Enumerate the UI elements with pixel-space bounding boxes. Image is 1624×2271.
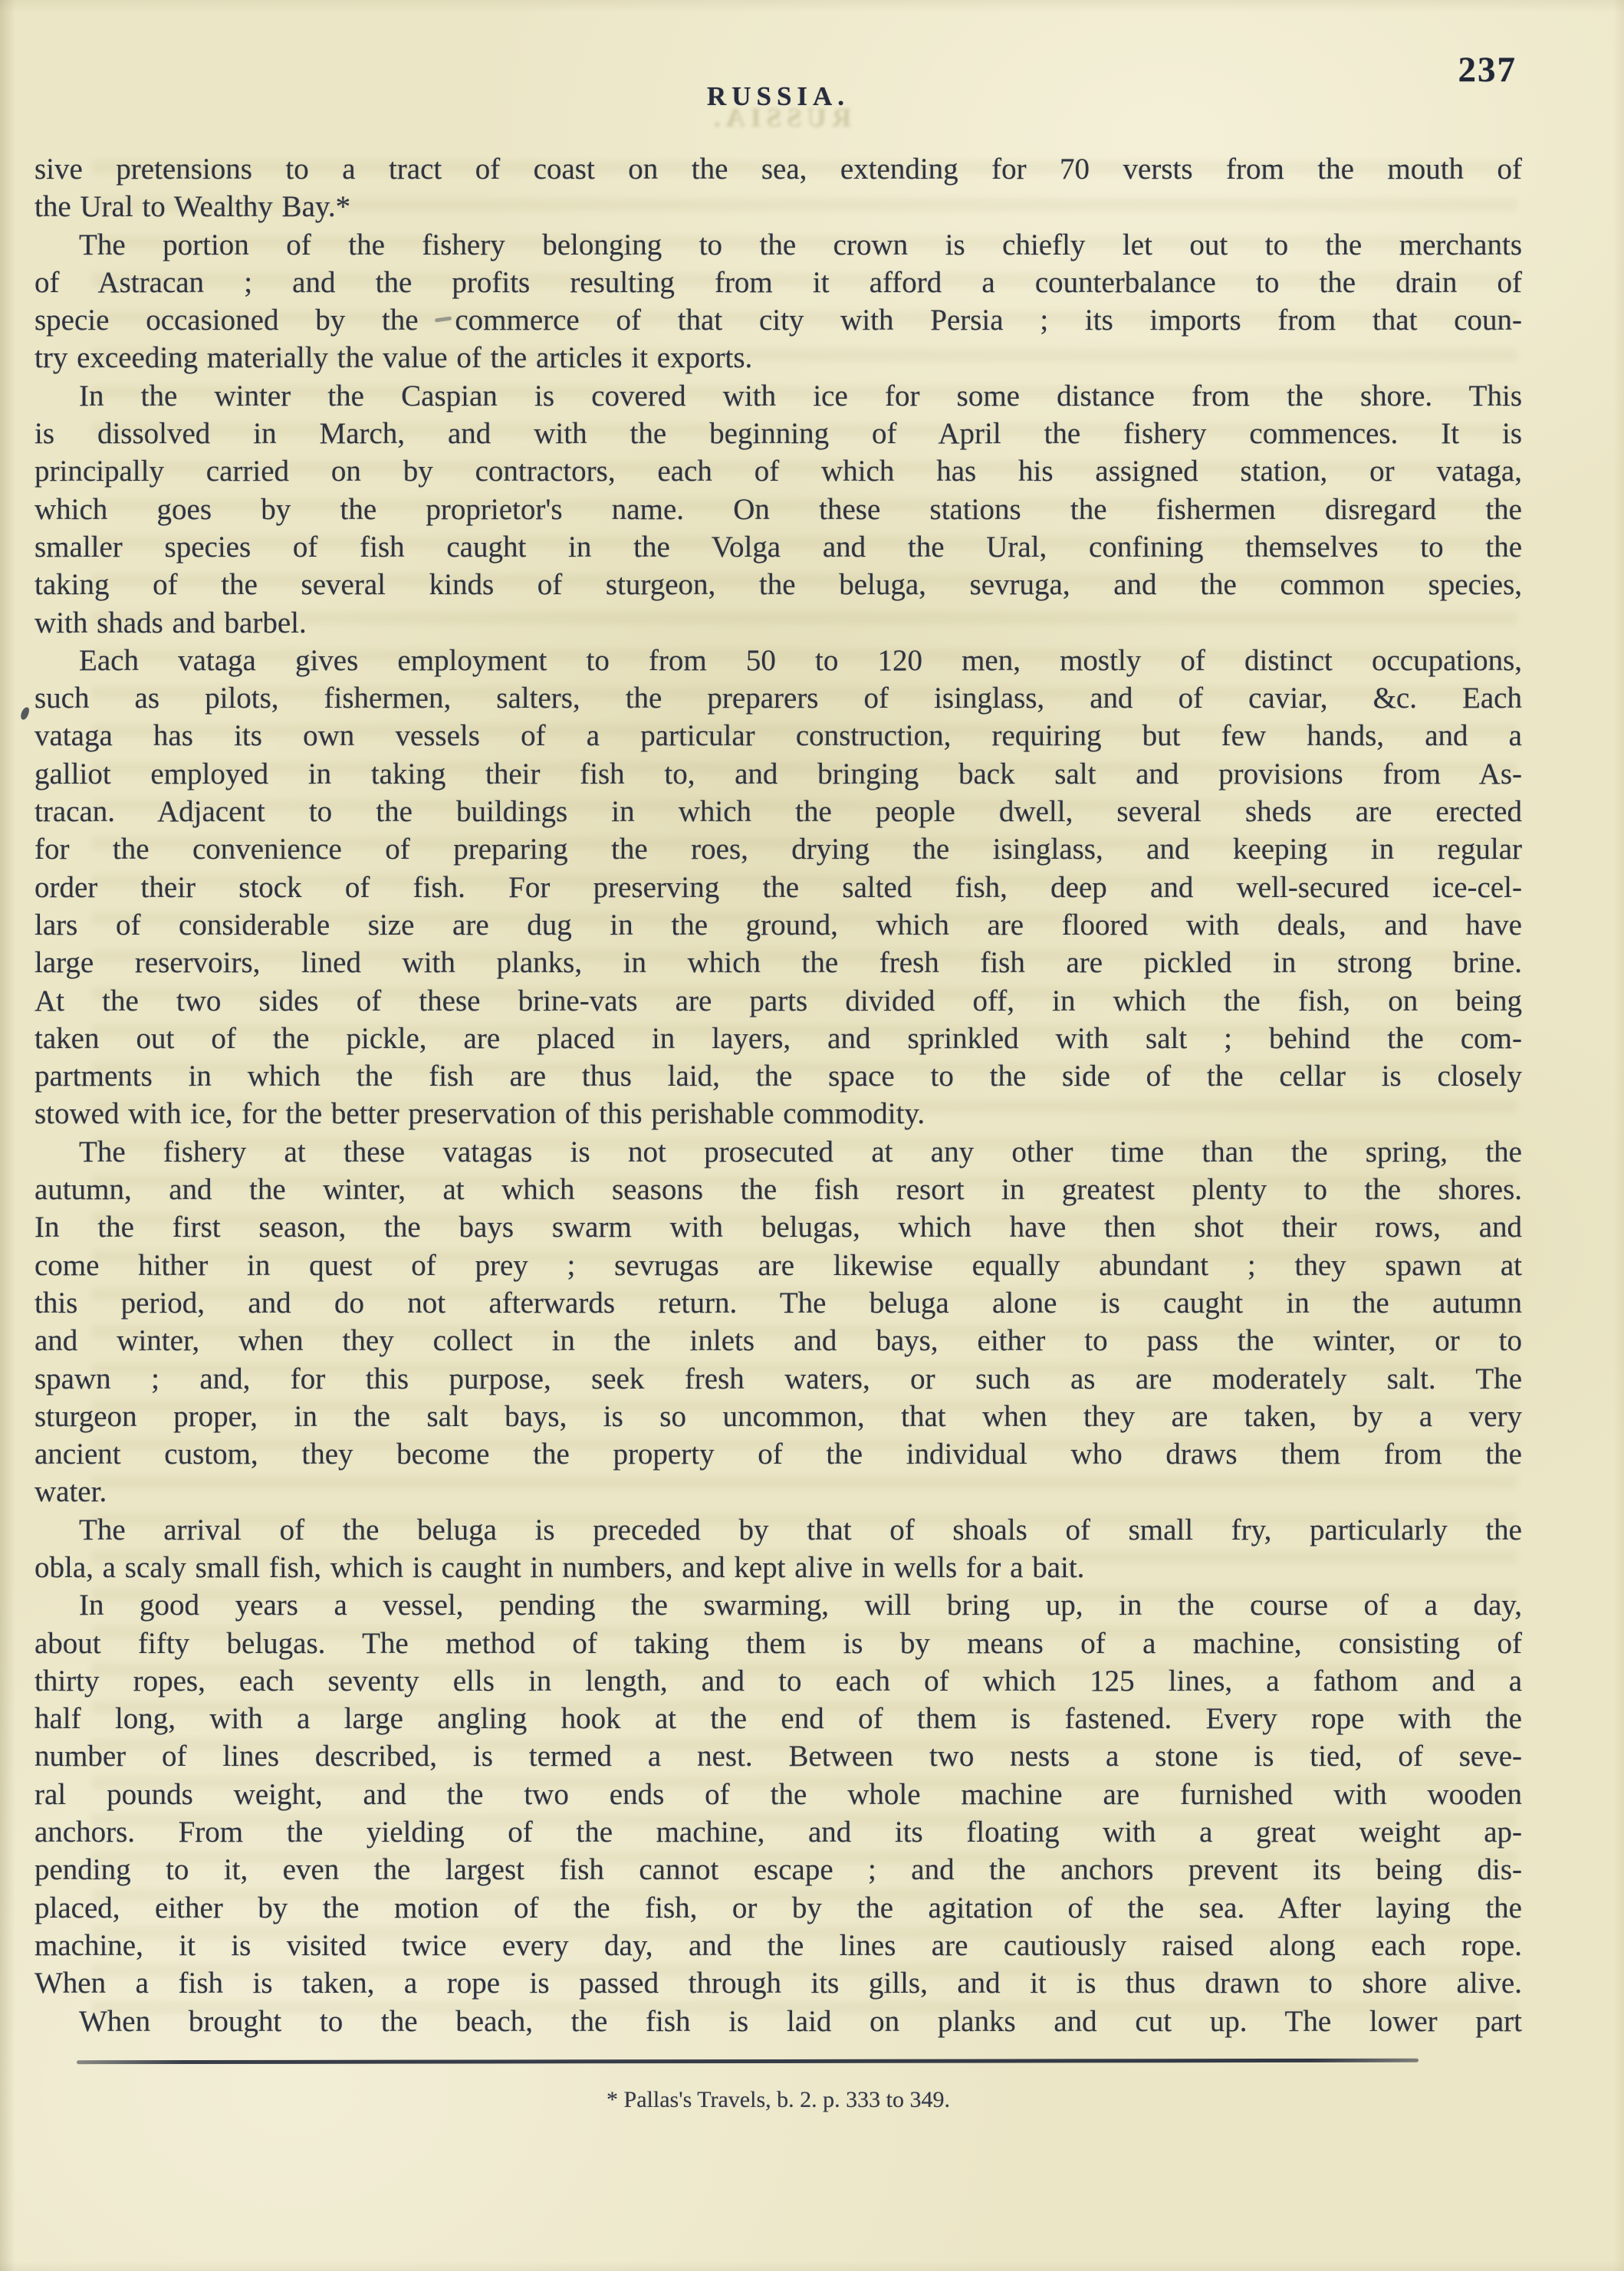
text-line: obla, a scaly small fish, which is caugh…	[35, 1549, 1522, 1586]
text-line: pending to it, even the largest fish can…	[35, 1851, 1522, 1888]
text-line: When brought to the beach, the fish is l…	[35, 2003, 1522, 2040]
footnote: * Pallas's Travels, b. 2. p. 333 to 349.	[35, 2087, 1522, 2113]
text-line: for the convenience of preparing the roe…	[35, 830, 1522, 868]
text-line: placed, either by the motion of the fish…	[35, 1889, 1522, 1927]
text-line: large reservoirs, lined with planks, in …	[35, 944, 1522, 981]
text-line: and winter, when they collect in the inl…	[35, 1322, 1522, 1359]
text-line: sive pretensions to a tract of coast on …	[35, 150, 1522, 188]
text-line: The fishery at these vatagas is not pros…	[35, 1133, 1522, 1171]
text-line: anchors. From the yielding of the machin…	[35, 1813, 1522, 1851]
text-line: the Ural to Wealthy Bay.*	[35, 188, 1522, 225]
text-line: taking of the several kinds of sturgeon,…	[35, 566, 1522, 603]
text-line: thirty ropes, each seventy ells in lengt…	[35, 1662, 1522, 1700]
text-line: partments in which the fish are thus lai…	[35, 1057, 1522, 1095]
text-line: In the first season, the bays swarm with…	[35, 1208, 1522, 1246]
text-line: At the two sides of these brine-vats are…	[35, 982, 1522, 1020]
text-line: half long, with a large angling hook at …	[35, 1700, 1522, 1737]
text-line: this period, and do not afterwards retur…	[35, 1284, 1522, 1322]
text-line: is dissolved in March, and with the begi…	[35, 415, 1522, 452]
text-line: water.	[35, 1473, 1522, 1510]
text-line: machine, it is visited twice every day, …	[35, 1927, 1522, 1964]
text-line: ral pounds weight, and the two ends of t…	[35, 1776, 1522, 1813]
text-line: about fifty belugas. The method of takin…	[35, 1625, 1522, 1662]
text-line: number of lines described, is termed a n…	[35, 1737, 1522, 1775]
text-line: sturgeon proper, in the salt bays, is so…	[35, 1398, 1522, 1435]
text-line: The portion of the fishery belonging to …	[35, 226, 1522, 264]
text-line: tracan. Adjacent to the buildings in whi…	[35, 793, 1522, 830]
text-line: specie occasioned by the commerce of tha…	[35, 301, 1522, 339]
book-page: RUSSIA. RUSSIA. 237 sive pretensions to …	[0, 0, 1624, 2271]
text-line: In the winter the Caspian is covered wit…	[35, 377, 1522, 415]
text-line: galliot employed in taking their fish to…	[35, 755, 1522, 793]
text-line: smaller species of fish caught in the Vo…	[35, 528, 1522, 566]
running-title: RUSSIA. RUSSIA.	[707, 81, 850, 112]
text-line: lars of considerable size are dug in the…	[35, 906, 1522, 944]
text-line: try exceeding materially the value of th…	[35, 339, 1522, 376]
text-line: of Astracan ; and the profits resulting …	[35, 264, 1522, 301]
page-body: sive pretensions to a tract of coast on …	[35, 150, 1522, 2040]
text-line: stowed with ice, for the better preserva…	[35, 1095, 1522, 1132]
text-line: Each vataga gives employment to from 50 …	[35, 642, 1522, 679]
text-line: The arrival of the beluga is preceded by…	[35, 1511, 1522, 1549]
text-line: order their stock of fish. For preservin…	[35, 869, 1522, 906]
text-line: principally carried on by contractors, e…	[35, 452, 1522, 490]
running-header: RUSSIA. RUSSIA.	[35, 81, 1522, 112]
text-line: autumn, and the winter, at which seasons…	[35, 1171, 1522, 1208]
text-line: When a fish is taken, a rope is passed t…	[35, 1964, 1522, 2002]
text-line: which goes by the proprietor's name. On …	[35, 491, 1522, 528]
footnote-rule	[77, 2059, 1419, 2064]
text-line: with shads and barbel.	[35, 604, 1522, 642]
text-line: In good years a vessel, pending the swar…	[35, 1586, 1522, 1624]
text-line: vataga has its own vessels of a particul…	[35, 717, 1522, 754]
ink-speck	[20, 706, 31, 721]
running-title-showthrough: RUSSIA.	[708, 103, 851, 133]
text-line: ancient custom, they become the property…	[35, 1435, 1522, 1473]
text-line: come hither in quest of prey ; sevrugas …	[35, 1247, 1522, 1284]
text-line: taken out of the pickle, are placed in l…	[35, 1020, 1522, 1057]
text-line: such as pilots, fishermen, salters, the …	[35, 679, 1522, 717]
page-number: 237	[1458, 49, 1517, 90]
text-line: spawn ; and, for this purpose, seek fres…	[35, 1360, 1522, 1398]
